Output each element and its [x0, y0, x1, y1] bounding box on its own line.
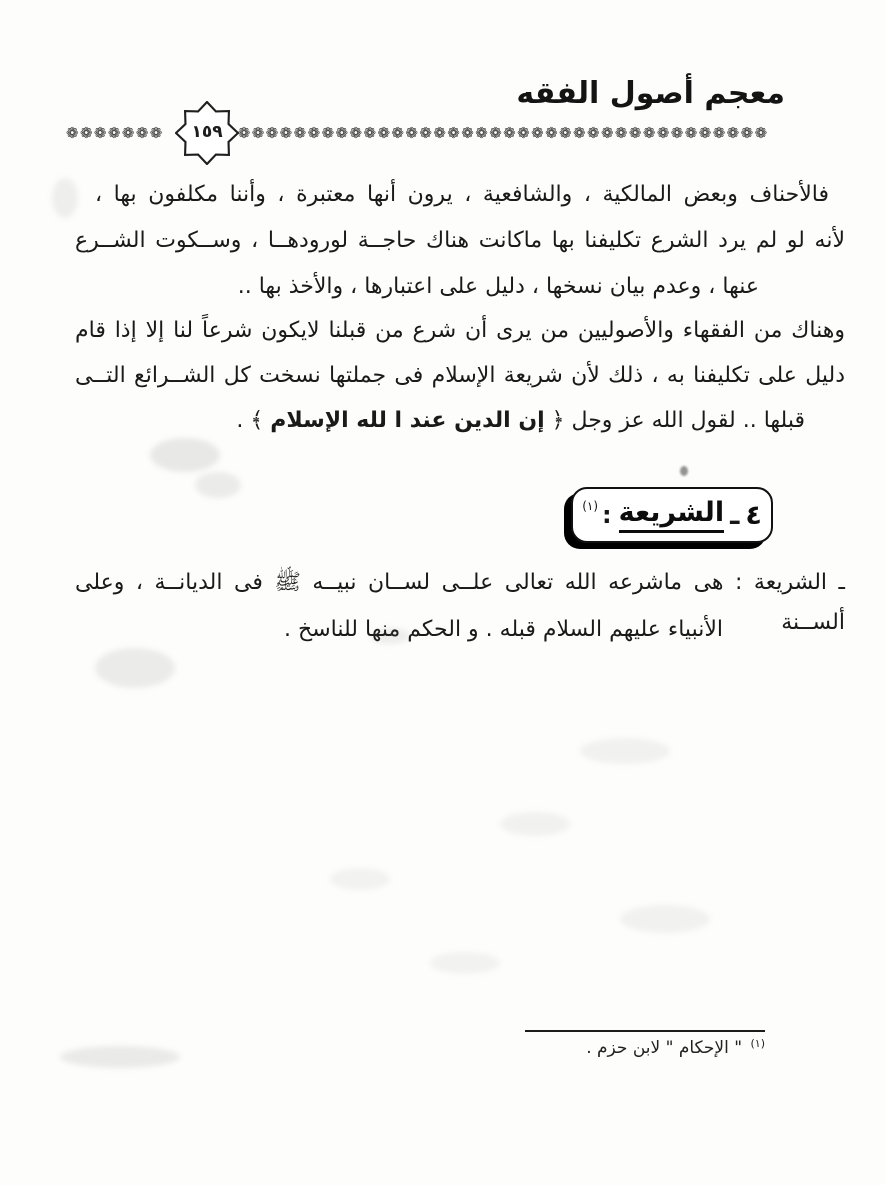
para2-line2: دليل على تكليفنا به ، ذلك لأن شريعة الإس…: [75, 356, 845, 396]
scan-noise: [60, 1046, 180, 1068]
ornament-row-right: ❁❁❁❁❁❁❁❁❁❁❁❁❁❁❁❁❁❁❁❁❁❁❁❁❁❁❁❁❁❁❁❁❁❁❁❁❁❁: [238, 122, 862, 144]
para1-line3: عنها ، وعدم بيان نسخها ، دليل على اعتبار…: [75, 267, 845, 307]
section-colon: :: [602, 501, 612, 529]
ornament-row-left: ❁❁❁❁❁❁❁: [66, 122, 164, 144]
section-footnote-ref: (١): [582, 499, 598, 513]
definition-line2: الأنبياء عليهم السلام قبله . و الحكم منه…: [75, 610, 845, 650]
section-heading-box: ٤ ـ الشريعة : (١): [571, 487, 773, 543]
para2-line3: قبلها .. لقول الله عز وجل ﴿ إن الدين عند…: [75, 401, 845, 441]
scan-noise: [500, 812, 570, 836]
scan-noise: [430, 952, 500, 974]
footnote: (١) " الإحكام " لابن حزم .: [586, 1038, 765, 1058]
para1-line1: فالأحناف وبعض المالكية ، والشافعية ، يرو…: [75, 175, 845, 215]
para1-line2: لأنه لو لم يرد الشرع تكليفنا بها ماكانت …: [75, 221, 845, 261]
quran-bracket-close: ﴾: [250, 408, 263, 433]
scan-noise: [620, 905, 710, 933]
scan-noise: [195, 472, 241, 498]
quran-intro-text: قبلها .. لقول الله عز وجل: [565, 408, 805, 433]
section-number: ٤: [745, 500, 761, 531]
footnote-ref: (١): [750, 1037, 765, 1050]
footnote-separator: [525, 1030, 765, 1032]
quran-period: .: [236, 408, 243, 433]
para2-line1: وهناك من الفقهاء والأصوليين من يرى أن شر…: [75, 311, 845, 351]
scan-noise: [680, 466, 688, 476]
section-title: الشريعة: [619, 497, 724, 533]
page-number: ١٥٩: [175, 101, 239, 165]
page-number-medallion: ١٥٩: [175, 101, 239, 165]
quran-bracket-open: ﴿: [545, 408, 565, 433]
section-dash: ـ: [730, 500, 739, 531]
quran-verse: إن الدين عند ا لله الإسلام: [270, 408, 544, 433]
scan-noise: [330, 868, 390, 890]
scan-noise: [95, 648, 175, 688]
scan-noise: [580, 738, 670, 764]
book-page: معجم أصول الفقه ❁❁❁❁❁❁❁ ❁❁❁❁❁❁❁❁❁❁❁❁❁❁❁❁…: [0, 0, 885, 1185]
scan-noise: [150, 438, 220, 472]
footnote-text: " الإحكام " لابن حزم .: [586, 1038, 742, 1058]
book-title: معجم أصول الفقه: [516, 76, 785, 111]
